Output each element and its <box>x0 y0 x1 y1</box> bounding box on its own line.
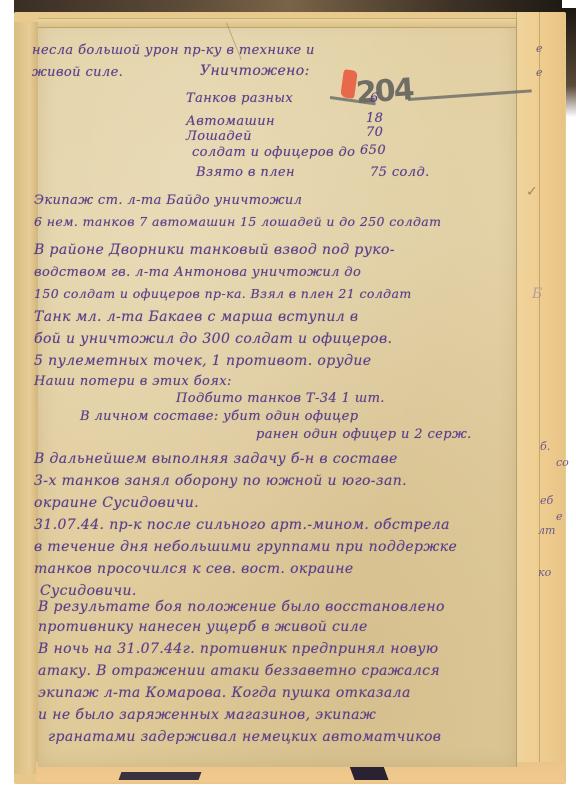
text-line: в течение дня небольшими группами при по… <box>34 540 457 554</box>
text-line: В личном составе: убит один офицер <box>80 410 358 423</box>
margin-fragment: е <box>536 66 543 79</box>
tally-value: 650 <box>360 144 386 157</box>
text-line: В результате боя положение было восстано… <box>38 600 445 614</box>
margin-fragment: б. <box>540 440 550 453</box>
text-line: Экипаж ст. л-та Байдо уничтожил <box>34 194 302 207</box>
margin-hook-mark: Б <box>532 286 542 302</box>
text-line: 150 солдат и офицеров пр-ка. Взял в плен… <box>34 288 412 301</box>
tally-value: 70 <box>366 126 383 139</box>
tally-value: 18 <box>366 112 383 125</box>
text-line: В дальнейшем выполняя задачу б-н в соста… <box>34 452 398 466</box>
text-line: несла большой урон пр-ку в технике и <box>32 44 315 57</box>
tally-value: 6 <box>370 92 379 105</box>
text-line: гранатами задерживал немецких автоматчик… <box>48 730 441 744</box>
margin-fragment: со <box>556 456 569 469</box>
text-line: В районе Дворники танковый взвод под рук… <box>34 243 395 257</box>
text-line: 5 пулеметных точек, 1 противот. орудие <box>34 354 372 368</box>
handwritten-text: несла большой урон пр-ку в технике и жив… <box>0 0 576 800</box>
text-line: 31.07.44. пр-к после сильного арт.-мином… <box>34 518 450 532</box>
tally-label: Взято в плен <box>196 166 295 179</box>
text-line: живой силе. <box>32 66 123 79</box>
tally-label: Лошадей <box>186 130 252 143</box>
tally-value: 75 солд. <box>370 166 430 179</box>
text-line: 6 нем. танков 7 автомашин 15 лошадей и д… <box>34 216 441 229</box>
text-line: Сусидовичи. <box>40 584 137 598</box>
text-line: ранен один офицер и 2 серж. <box>256 428 472 441</box>
margin-fragment: е <box>556 510 563 523</box>
text-line: 3-х танков занял оборону по южной и юго-… <box>34 474 407 488</box>
tally-label: солдат и офицеров до <box>192 146 355 159</box>
text-line: водством гв. л-та Антонова уничтожил до <box>34 266 361 279</box>
text-line: бой и уничтожил до 300 солдат и офицеров… <box>34 332 392 346</box>
scanned-document: 204 несла большой урон пр-ку в технике и… <box>0 0 576 800</box>
margin-fragment: еб <box>540 494 553 507</box>
margin-fragment: лт <box>538 524 555 537</box>
text-line: атаку. В отражении атаки беззаветно сраж… <box>38 664 440 678</box>
text-line: танков просочился к сев. вост. окраине <box>34 562 354 576</box>
margin-fragment: е <box>536 42 543 55</box>
margin-fragment: ко <box>538 566 551 579</box>
text-line: и не было заряженных магазинов, экипаж <box>38 708 376 722</box>
text-line: Танк мл. л-та Бакаев с марша вступил в <box>34 310 358 324</box>
tally-label: Автомашин <box>186 115 275 128</box>
text-line: В ночь на 31.07.44г. противник предприня… <box>38 642 438 656</box>
text-line: экипаж л-та Комарова. Когда пушка отказа… <box>38 686 411 700</box>
text-line: окраине Сусидовичи. <box>34 496 199 510</box>
margin-checkmark: ✓ <box>526 184 538 200</box>
tally-label: Танков разных <box>186 92 293 105</box>
text-line: Наши потери в этих боях: <box>34 375 232 388</box>
text-line: противнику нанесен ущерб в живой силе <box>38 620 368 634</box>
section-heading-destroyed: Уничтожено: <box>200 64 310 78</box>
text-line: Подбито танков Т-34 1 шт. <box>176 392 385 405</box>
